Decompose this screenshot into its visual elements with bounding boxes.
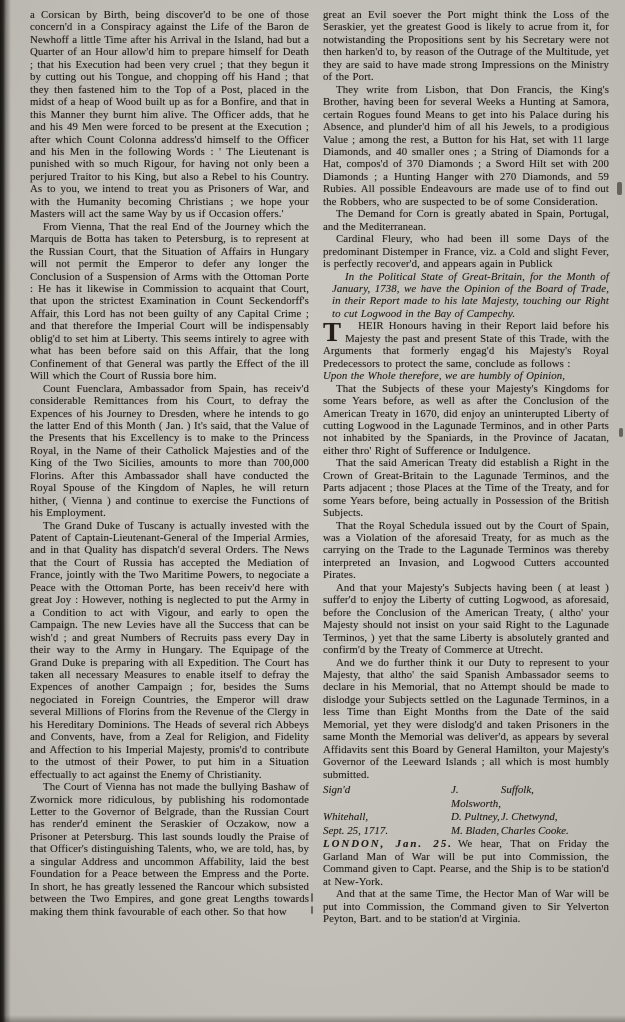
signature-cell: M. Bladen, bbox=[415, 825, 501, 839]
scan-artifact bbox=[619, 428, 623, 437]
opinion-paragraph-4: And that your Majesty's Subjects having … bbox=[323, 582, 609, 657]
paragraph-london-garland: LONDON, Jan. 25.We hear, That on Friday … bbox=[323, 838, 609, 888]
text-columns: a Corsican by Birth, being discover'd to… bbox=[30, 9, 609, 926]
signature-block: Sign'd J. Molsworth, Suffolk, Whitehall,… bbox=[323, 784, 609, 838]
opinion-paragraph-5: And we do further think it our Duty to r… bbox=[323, 657, 609, 782]
drop-cap-letter: T bbox=[323, 320, 345, 343]
paragraph-lisbon-robbery: They write from Lisbon, that Don Francis… bbox=[323, 84, 609, 209]
opinion-paragraph-3: That the Royal Schedula issued out by th… bbox=[323, 520, 609, 582]
scan-edge-bottom bbox=[0, 1015, 625, 1022]
signature-cell: Whitehall, bbox=[323, 811, 415, 825]
editor-note-logwood: In the Political State of Great-Britain,… bbox=[323, 271, 609, 321]
report-opening-text: HEIR Honours having in their Report laid… bbox=[323, 320, 609, 369]
opinion-lead-line: Upon the Whole therefore, we are humbly … bbox=[323, 370, 609, 382]
report-opening-paragraph: THEIR Honours having in their Report lai… bbox=[323, 320, 609, 370]
right-column: great an Evil soever the Port might thin… bbox=[323, 9, 609, 926]
opinion-paragraph-1: That the Subjects of these your Majesty'… bbox=[323, 383, 609, 458]
signature-cell: J. Molsworth, bbox=[415, 784, 501, 811]
paragraph-corsican-execution: a Corsican by Birth, being discover'd to… bbox=[30, 9, 309, 221]
paragraph-hector-man-of-war: And that at the same Time, the Hector Ma… bbox=[323, 888, 609, 925]
signature-cell: Charles Cooke. bbox=[501, 825, 613, 839]
paragraph-grand-duke-tuscany: The Grand Duke of Tuscany is actually in… bbox=[30, 520, 309, 782]
signature-cell: J. Chetwynd, bbox=[501, 811, 613, 825]
scanned-newspaper-page: a Corsican by Birth, being discover'd to… bbox=[0, 0, 625, 1022]
paragraph-court-of-vienna: The Court of Vienna has not made the bul… bbox=[30, 781, 309, 918]
signature-cell: Sign'd bbox=[323, 784, 415, 811]
london-dateline: LONDON, Jan. 25. bbox=[323, 838, 453, 850]
paragraph-corn-demand: The Demand for Corn is greatly abated in… bbox=[323, 208, 609, 233]
left-column: a Corsican by Birth, being discover'd to… bbox=[30, 9, 309, 926]
opinion-paragraph-2: That the said American Treaty did establ… bbox=[323, 457, 609, 519]
signature-cell: Sept. 25, 1717. bbox=[323, 825, 415, 839]
signature-cell: D. Pultney, bbox=[415, 811, 501, 825]
paragraph-cardinal-fleury: Cardinal Fleury, who had been ill some D… bbox=[323, 233, 609, 270]
signature-cell: Suffolk, bbox=[501, 784, 613, 811]
scan-edge-left bbox=[0, 0, 11, 1022]
paragraph-seraskier-loss: great an Evil soever the Port might thin… bbox=[323, 9, 609, 84]
paragraph-count-fuenclara: Count Fuenclara, Ambassador from Spain, … bbox=[30, 383, 309, 520]
scan-artifact bbox=[617, 182, 622, 195]
paragraph-from-vienna: From Vienna, That the real End of the Jo… bbox=[30, 221, 309, 383]
